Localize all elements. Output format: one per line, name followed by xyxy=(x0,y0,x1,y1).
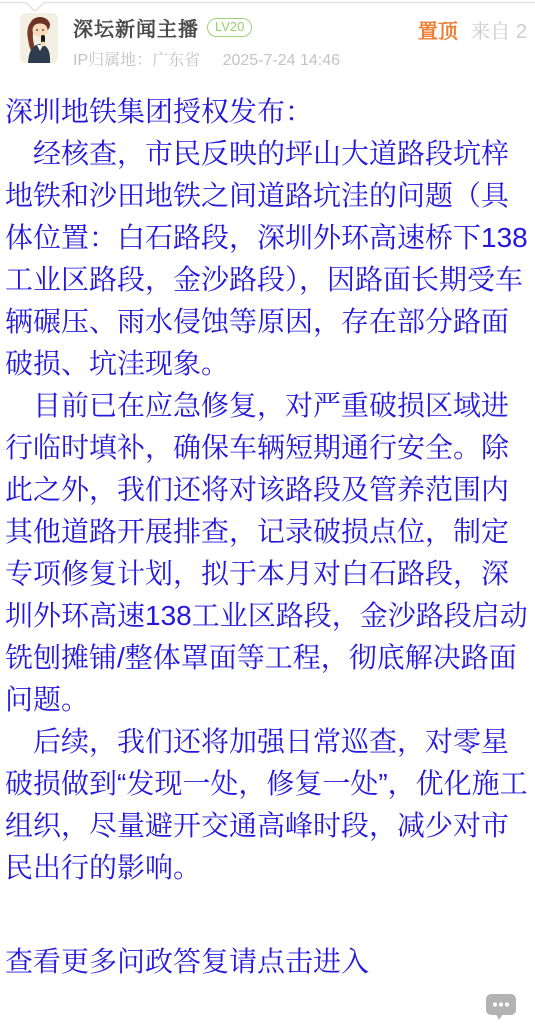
avatar[interactable] xyxy=(20,13,58,63)
timestamp: 2025-7-24 14:46 xyxy=(223,52,340,69)
header-right: 置顶 来自 2 xyxy=(418,13,527,44)
level-badge: LV20 xyxy=(207,18,252,37)
pinned-badge: 置顶 xyxy=(418,21,458,43)
post-paragraph: 深圳地铁集团授权发布： xyxy=(5,91,530,133)
post-paragraph: 目前已在应急修复，对严重破损区域进行临时填补，确保车辆短期通行安全。除此之外，我… xyxy=(5,385,530,721)
user-block: 深坛新闻主播 LV20 IP归属地：广东省 2025-7-24 14:46 xyxy=(73,13,418,70)
ip-location: IP归属地：广东省 xyxy=(73,52,200,69)
post-meta: IP归属地：广东省 2025-7-24 14:46 xyxy=(73,47,418,70)
comment-bubble-icon[interactable] xyxy=(486,993,516,1021)
username[interactable]: 深坛新闻主播 xyxy=(73,13,199,42)
post-paragraph: 经核查，市民反映的坪山大道路段坑梓地铁和沙田地铁之间道路坑洼的问题（具体位置：白… xyxy=(5,133,530,385)
more-link-wrap: 查看更多问政答复请点击进入 xyxy=(0,941,535,983)
news-anchor-avatar-image xyxy=(20,13,58,63)
from-source-link[interactable]: 来自 2 xyxy=(470,21,527,43)
tab-notch xyxy=(0,0,535,12)
more-replies-link[interactable]: 查看更多问政答复请点击进入 xyxy=(5,946,369,977)
post-paragraph: 后续，我们还将加强日常巡查，对零星破损做到“发现一处，修复一处”，优化施工组织，… xyxy=(5,721,530,889)
post-body: 深圳地铁集团授权发布： 经核查，市民反映的坪山大道路段坑梓地铁和沙田地铁之间道路… xyxy=(0,91,535,889)
